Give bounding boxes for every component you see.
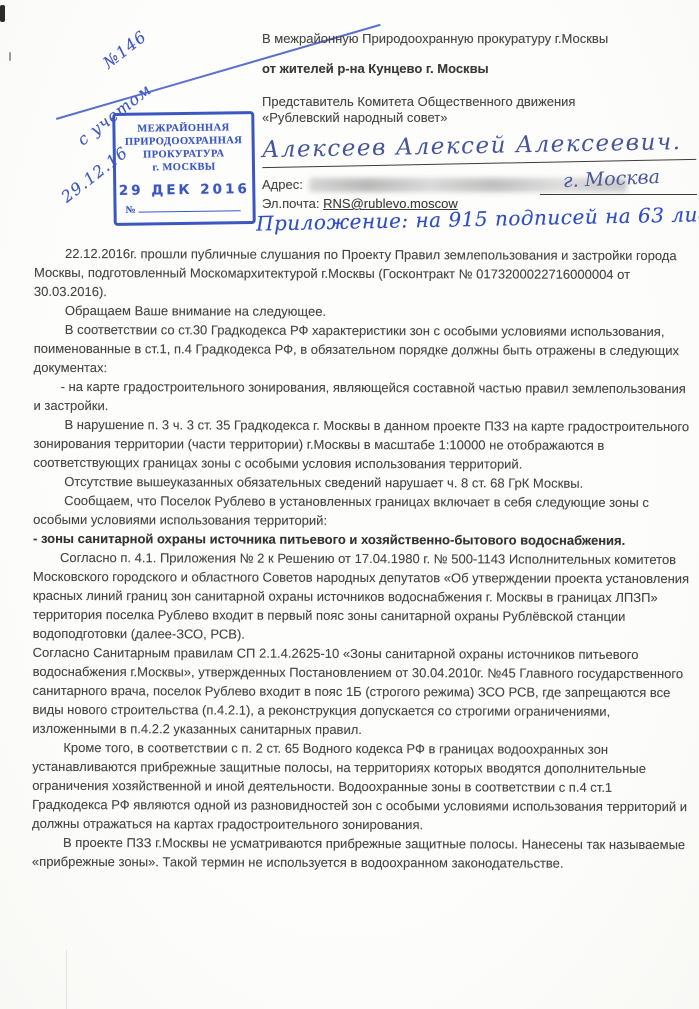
body-paragraph: Отсутствие вышеуказанных обязательных св… bbox=[33, 472, 690, 493]
prosecutor-office-stamp: МЕЖРАЙОННАЯ ПРИРОДООХРАННАЯ ПРОКУРАТУРА … bbox=[112, 111, 256, 226]
scanned-letter-page: №146 с учетом 29.12.16 МЕЖРАЙОННАЯ ПРИРО… bbox=[0, 0, 699, 1009]
body-paragraph: - на карте градостроительного зонировани… bbox=[33, 377, 690, 417]
body-paragraph: 22.12.2016г. прошли публичные слушания п… bbox=[34, 244, 691, 303]
representative-line-1: Представитель Комитета Общественного дви… bbox=[262, 94, 696, 109]
sender-line: от жителей р-на Кунцево г. Москвы bbox=[262, 61, 696, 76]
stamp-date: 29 ДЕК 2016 bbox=[116, 181, 252, 199]
stamp-number-row: № bbox=[125, 202, 240, 216]
stamp-number-blank-line bbox=[139, 202, 241, 212]
body-paragraph-bold: - зоны санитарной охраны источника питье… bbox=[33, 529, 690, 550]
scan-artifact-tick bbox=[9, 52, 11, 61]
body-paragraph: Сообщаем, что Поселок Рублево в установл… bbox=[33, 491, 690, 531]
body-paragraph: В соответствии со ст.30 Градкодекса РФ х… bbox=[34, 320, 691, 379]
scan-artifact-corner bbox=[0, 5, 5, 22]
body-paragraph: Обращаем Ваше внимание на следующее. bbox=[34, 301, 691, 322]
body-paragraph: Согласно Санитарным правилам СП 2.1.4.26… bbox=[32, 645, 683, 737]
scan-artifact-bottom-line bbox=[66, 950, 67, 1009]
email-label: Эл.почта: bbox=[262, 196, 320, 211]
stamp-line-4: г. МОСКВЫ bbox=[116, 160, 252, 175]
stamp-number-label: № bbox=[126, 205, 136, 216]
address-underline bbox=[540, 194, 697, 195]
handwritten-city: г. Москва bbox=[563, 166, 661, 192]
corner-note-number: №146 bbox=[99, 27, 150, 73]
handwritten-name-signature: Алексеев Алексей Алексеевич. bbox=[262, 129, 697, 168]
recipient-line: В межрайонную Природоохранную прокуратур… bbox=[262, 31, 696, 46]
body-paragraph: В нарушение п. 3 ч. 3 ст. 35 Градкодекса… bbox=[33, 415, 690, 474]
stamp-line-2: ПРИРОДООХРАННАЯ bbox=[116, 134, 252, 149]
address-label: Адрес: bbox=[262, 177, 303, 192]
body-paragraph: В проекте ПЗЗ г.Москвы не усматриваются … bbox=[32, 833, 689, 873]
body-paragraph: Кроме того, в соответствии с п. 2 ст. 65… bbox=[32, 738, 689, 835]
representative-line-2: «Рублевский народный совет» bbox=[262, 110, 696, 125]
letter-body: 22.12.2016г. прошли публичные слушания п… bbox=[32, 244, 691, 873]
body-paragraph: Согласно п. 4.1. Приложения № 2 к Решени… bbox=[33, 548, 690, 645]
